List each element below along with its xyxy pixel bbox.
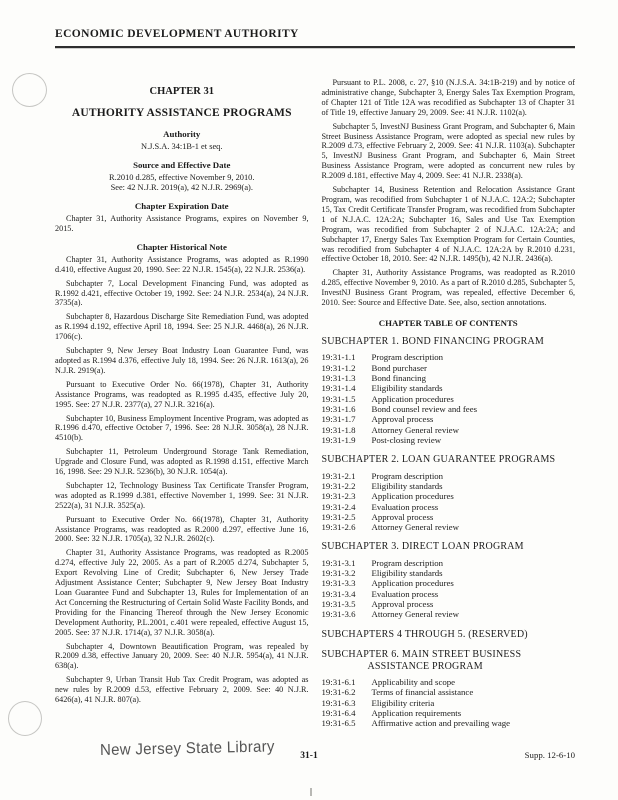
toc-entry-number: 19:31-6.4 [322,708,372,718]
toc-entry-list: 19:31-2.1Program description 19:31-2.2El… [322,471,576,533]
toc-entry: 19:31-2.4Evaluation process [322,502,576,512]
header-rule [55,46,575,48]
toc-entry-number: 19:31-1.2 [322,363,372,373]
toc-subchapter-heading: SUBCHAPTER 2. LOAN GUARANTEE PROGRAMS [322,454,576,466]
toc-entry: 19:31-6.4Application requirements [322,708,576,718]
toc-section: SUBCHAPTER 2. LOAN GUARANTEE PROGRAMS 19… [322,454,576,532]
toc-entry: 19:31-2.2Eligibility standards [322,481,576,491]
scan-speck [310,788,312,796]
toc-entry-title: Eligibility criteria [372,698,435,708]
left-column: CHAPTER 31 AUTHORITY ASSISTANCE PROGRAMS… [55,78,309,738]
historical-note-paragraph: Subchapter 5, InvestNJ Business Grant Pr… [322,122,576,181]
toc-entry-title: Approval process [372,414,434,424]
toc-entry: 19:31-6.5Affirmative action and prevaili… [322,718,576,728]
historical-note-paragraph: Pursuant to P.L. 2008, c. 27, §10 (N.J.S… [322,78,576,118]
toc-entry-title: Application requirements [372,708,462,718]
toc-entry: 19:31-1.9Post-closing review [322,435,576,445]
toc-entry-number: 19:31-1.4 [322,383,372,393]
toc-entry-number: 19:31-3.1 [322,558,372,568]
toc-entry-number: 19:31-2.1 [322,471,372,481]
toc-entry-number: 19:31-6.2 [322,687,372,697]
historical-note-paragraph: Subchapter 7, Local Development Financin… [55,279,309,309]
toc-entry-number: 19:31-2.3 [322,491,372,501]
chapter-title: AUTHORITY ASSISTANCE PROGRAMS [55,107,309,119]
document-page: ECONOMIC DEVELOPMENT AUTHORITY CHAPTER 3… [0,0,618,800]
toc-subchapter-heading: SUBCHAPTERS 4 THROUGH 5. (RESERVED) [322,629,576,641]
toc-entry: 19:31-1.3Bond financing [322,373,576,383]
toc-entry: 19:31-1.5Application procedures [322,394,576,404]
historical-note-paragraph: Subchapter 4, Downtown Beautification Pr… [55,642,309,672]
chapter-number: CHAPTER 31 [55,86,309,97]
source-effective-date-lines: R.2010 d.285, effective November 9, 2010… [55,173,309,193]
toc-entry-list: 19:31-6.1Applicability and scope 19:31-6… [322,677,576,728]
toc: SUBCHAPTER 1. BOND FINANCING PROGRAM 19:… [322,336,576,729]
toc-entry: 19:31-1.4Eligibility standards [322,383,576,393]
toc-entry-number: 19:31-3.4 [322,589,372,599]
toc-entry-title: Eligibility standards [372,481,443,491]
toc-section: SUBCHAPTERS 4 THROUGH 5. (RESERVED) [322,629,576,641]
toc-entry: 19:31-3.5Approval process [322,599,576,609]
toc-entry: 19:31-1.6Bond counsel review and fees [322,404,576,414]
toc-entry-list: 19:31-1.1Program description 19:31-1.2Bo… [322,352,576,445]
toc-entry-number: 19:31-6.3 [322,698,372,708]
toc-entry-number: 19:31-6.5 [322,718,372,728]
toc-entry: 19:31-2.6Attorney General review [322,522,576,532]
toc-entry-title: Approval process [372,599,434,609]
toc-entry-number: 19:31-1.8 [322,425,372,435]
source-line: See: 42 N.J.R. 2019(a), 42 N.J.R. 2969(a… [55,183,309,193]
historical-note-paragraph: Subchapter 9, Urban Transit Hub Tax Cred… [55,675,309,705]
historical-note-heading: Chapter Historical Note [55,242,309,252]
toc-entry-number: 19:31-3.2 [322,568,372,578]
toc-entry-number: 19:31-1.9 [322,435,372,445]
authority-heading: Authority [55,129,309,139]
historical-note-paragraph: Chapter 31, Authority Assistance Program… [322,268,576,308]
historical-note-paragraph: Subchapter 14, Business Retention and Re… [322,185,576,264]
historical-note-paragraph: Chapter 31, Authority Assistance Program… [55,548,309,637]
toc-entry-title: Application procedures [372,491,454,501]
toc-entry: 19:31-3.3Application procedures [322,578,576,588]
toc-entry-number: 19:31-1.7 [322,414,372,424]
historical-note-paragraph: Pursuant to Executive Order No. 66(1978)… [55,515,309,545]
chapter-expiration-text: Chapter 31, Authority Assistance Program… [55,214,309,234]
toc-entry: 19:31-2.3Application procedures [322,491,576,501]
toc-entry: 19:31-2.1Program description [322,471,576,481]
toc-entry-title: Applicability and scope [372,677,456,687]
toc-entry-title: Approval process [372,512,434,522]
toc-entry-title: Application procedures [372,394,454,404]
toc-entry: 19:31-3.2Eligibility standards [322,568,576,578]
historical-note-paragraph: Subchapter 10, Business Employment Incen… [55,414,309,444]
toc-entry-title: Post-closing review [372,435,442,445]
supplement-date: Supp. 12-6-10 [525,750,575,760]
toc-entry-number: 19:31-6.1 [322,677,372,687]
historical-note-paragraphs: Chapter 31, Authority Assistance Program… [55,255,309,705]
toc-entry-title: Eligibility standards [372,383,443,393]
toc-entry-title: Attorney General review [372,522,459,532]
toc-entry-number: 19:31-3.6 [322,609,372,619]
toc-entry: 19:31-1.2Bond purchaser [322,363,576,373]
authority-citation: N.J.S.A. 34:1B-1 et seq. [55,142,309,152]
toc-section: SUBCHAPTER 3. DIRECT LOAN PROGRAM 19:31-… [322,541,576,619]
toc-heading: CHAPTER TABLE OF CONTENTS [322,318,576,328]
historical-note-paragraph: Subchapter 9, New Jersey Boat Industry L… [55,346,309,376]
chapter-expiration-heading: Chapter Expiration Date [55,201,309,211]
toc-entry-number: 19:31-2.5 [322,512,372,522]
toc-entry-number: 19:31-1.6 [322,404,372,414]
toc-entry: 19:31-1.8Attorney General review [322,425,576,435]
toc-entry-title: Bond financing [372,373,426,383]
toc-subchapter-heading: SUBCHAPTER 6. MAIN STREET BUSINESS ASSIS… [322,649,576,672]
historical-note-paragraph: Subchapter 12, Technology Business Tax C… [55,481,309,511]
historical-note-continued: Pursuant to P.L. 2008, c. 27, §10 (N.J.S… [322,78,576,308]
toc-entry-list: 19:31-3.1Program description 19:31-3.2El… [322,558,576,620]
toc-entry-number: 19:31-3.5 [322,599,372,609]
toc-entry: 19:31-2.5Approval process [322,512,576,522]
toc-entry: 19:31-6.1Applicability and scope [322,677,576,687]
toc-entry-title: Evaluation process [372,502,439,512]
toc-entry-title: Terms of financial assistance [372,687,474,697]
toc-entry-number: 19:31-1.1 [322,352,372,362]
historical-note-paragraph: Subchapter 11, Petroleum Underground Sto… [55,447,309,477]
toc-section: SUBCHAPTER 6. MAIN STREET BUSINESS ASSIS… [322,649,576,728]
toc-entry-title: Application procedures [372,578,454,588]
toc-entry: 19:31-3.4Evaluation process [322,589,576,599]
source-line: R.2010 d.285, effective November 9, 2010… [55,173,309,183]
running-header: ECONOMIC DEVELOPMENT AUTHORITY [55,28,575,40]
historical-note-paragraph: Subchapter 8, Hazardous Discharge Site R… [55,312,309,342]
toc-entry: 19:31-1.1Program description [322,352,576,362]
toc-subchapter-heading: SUBCHAPTER 1. BOND FINANCING PROGRAM [322,336,576,348]
toc-entry-number: 19:31-2.4 [322,502,372,512]
source-effective-date-heading: Source and Effective Date [55,160,309,170]
toc-entry-title: Affirmative action and prevailing wage [372,718,511,728]
toc-entry-title: Bond counsel review and fees [372,404,478,414]
toc-entry: 19:31-6.3Eligibility criteria [322,698,576,708]
toc-entry-number: 19:31-2.6 [322,522,372,532]
toc-entry: 19:31-3.1Program description [322,558,576,568]
right-column: Pursuant to P.L. 2008, c. 27, §10 (N.J.S… [322,78,576,738]
page-body: CHAPTER 31 AUTHORITY ASSISTANCE PROGRAMS… [55,78,575,738]
toc-entry-title: Program description [372,352,444,362]
toc-section: SUBCHAPTER 1. BOND FINANCING PROGRAM 19:… [322,336,576,445]
toc-entry-title: Program description [372,471,444,481]
toc-entry-title: Bond purchaser [372,363,427,373]
punch-hole-mark [12,73,47,107]
toc-entry-number: 19:31-1.3 [322,373,372,383]
toc-entry-title: Attorney General review [372,425,459,435]
toc-entry-title: Eligibility standards [372,568,443,578]
toc-entry: 19:31-3.6Attorney General review [322,609,576,619]
toc-entry-title: Evaluation process [372,589,439,599]
punch-hole-mark [8,701,42,736]
toc-entry-title: Program description [372,558,444,568]
toc-entry-number: 19:31-1.5 [322,394,372,404]
historical-note-paragraph: Pursuant to Executive Order No. 66(1978)… [55,380,309,410]
toc-subchapter-heading: SUBCHAPTER 3. DIRECT LOAN PROGRAM [322,541,576,553]
toc-entry-number: 19:31-3.3 [322,578,372,588]
toc-entry-number: 19:31-2.2 [322,481,372,491]
toc-entry-title: Attorney General review [372,609,459,619]
historical-note-paragraph: Chapter 31, Authority Assistance Program… [55,255,309,275]
toc-entry: 19:31-1.7Approval process [322,414,576,424]
toc-entry: 19:31-6.2Terms of financial assistance [322,687,576,697]
